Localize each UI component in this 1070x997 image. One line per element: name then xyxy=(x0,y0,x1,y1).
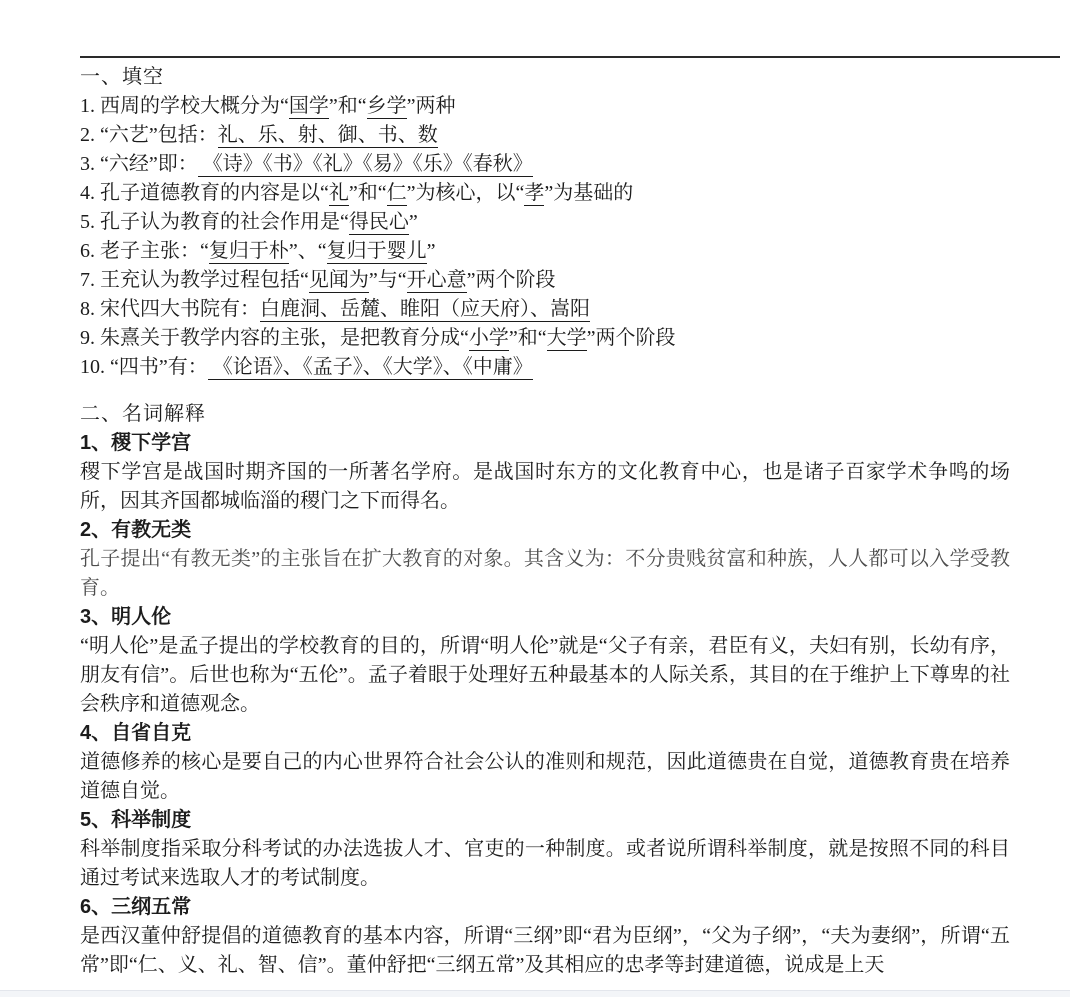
fill-item-8: 8. 宋代四大书院有：白鹿洞、岳麓、睢阳（应天府）、嵩阳 xyxy=(80,295,1010,324)
fill-item-7: 7. 王充认为教学过程包括“见闻为”与“开心意”两个阶段 xyxy=(80,266,1010,295)
answer-blank: 复归于朴 xyxy=(209,240,289,264)
term-entry-6: 6、三纲五常 是西汉董仲舒提倡的道德教育的基本内容，所谓“三纲”即“君为臣纲”，… xyxy=(80,893,1010,980)
fill-item-2: 2. “六艺”包括：礼、乐、射、御、书、数 xyxy=(80,121,1010,150)
fill-item-4: 4. 孔子道德教育的内容是以“礼”和“仁”为核心，以“孝”为基础的 xyxy=(80,179,1010,208)
answer-blank: 《论语》、《孟子》、《大学》、《中庸》 xyxy=(208,356,533,380)
section1-heading: 一、填空 xyxy=(80,63,1010,92)
text-run: ”为基础的 xyxy=(544,182,633,204)
text-run: 2. “六艺”包括： xyxy=(80,124,218,146)
text-run: ”与“ xyxy=(369,269,407,291)
term-title: 6、三纲五常 xyxy=(80,893,1010,922)
answer-blank: 乡学 xyxy=(367,95,407,119)
text-run: ”两个阶段 xyxy=(467,269,556,291)
document-content: 一、填空 1. 西周的学校大概分为“国学”和“乡学”两种 2. “六艺”包括：礼… xyxy=(80,63,1010,980)
text-run: 6. 老子主张：“ xyxy=(80,240,209,262)
term-body: 稷下学宫是战国时期齐国的一所著名学府。是战国时东方的文化教育中心，也是诸子百家学… xyxy=(80,458,1010,516)
term-entry-3: 3、明人伦 “明人伦”是孟子提出的学校教育的目的，所谓“明人伦”就是“父子有亲，… xyxy=(80,603,1010,719)
answer-blank: 仁 xyxy=(387,182,407,206)
fill-item-9: 9. 朱熹关于教学内容的主张，是把教育分成“小学”和“大学”两个阶段 xyxy=(80,324,1010,353)
term-body: 孔子提出“有教无类”的主张旨在扩大教育的对象。其含义为：不分贵贱贫富和种族，人人… xyxy=(80,545,1010,603)
term-title: 4、自省自克 xyxy=(80,719,1010,748)
term-entry-5: 5、科举制度 科举制度指采取分科考试的办法选拔人才、官吏的一种制度。或者说所谓科… xyxy=(80,806,1010,893)
section2: 二、名词解释 1、稷下学宫 稷下学宫是战国时期齐国的一所著名学府。是战国时东方的… xyxy=(80,400,1010,980)
term-entry-2: 2、有教无类 孔子提出“有教无类”的主张旨在扩大教育的对象。其含义为：不分贵贱贫… xyxy=(80,516,1010,603)
fill-item-5: 5. 孔子认为教育的社会作用是“得民心” xyxy=(80,208,1010,237)
fill-item-10: 10. “四书”有： 《论语》、《孟子》、《大学》、《中庸》 xyxy=(80,353,1010,382)
answer-blank: 见闻为 xyxy=(309,269,369,293)
term-body: “明人伦”是孟子提出的学校教育的目的，所谓“明人伦”就是“父子有亲，君臣有义，夫… xyxy=(80,632,1010,719)
text-run: ”和“ xyxy=(349,182,387,204)
answer-blank: 孝 xyxy=(524,182,544,206)
text-run: ”和“ xyxy=(509,327,547,349)
document-page: 一、填空 1. 西周的学校大概分为“国学”和“乡学”两种 2. “六艺”包括：礼… xyxy=(0,0,1070,997)
text-run: 10. “四书”有： xyxy=(80,356,208,378)
text-run: ”为核心，以“ xyxy=(407,182,525,204)
term-title: 5、科举制度 xyxy=(80,806,1010,835)
text-run: ”和“ xyxy=(329,95,367,117)
text-run: 9. 朱熹关于教学内容的主张，是把教育分成“ xyxy=(80,327,469,349)
text-run: ”两种 xyxy=(407,95,456,117)
text-run: ”两个阶段 xyxy=(587,327,676,349)
header-rule xyxy=(80,56,1060,58)
text-run: ” xyxy=(427,240,436,262)
answer-blank: 大学 xyxy=(547,327,587,351)
term-title: 1、稷下学宫 xyxy=(80,429,1010,458)
text-run: 1. 西周的学校大概分为“ xyxy=(80,95,289,117)
answer-blank: 得民心 xyxy=(349,211,409,235)
text-run: 8. 宋代四大书院有： xyxy=(80,298,260,320)
answer-blank: 小学 xyxy=(469,327,509,351)
text-run: ” xyxy=(409,211,418,233)
answer-blank: 《诗》《书》《礼》《易》《乐》《春秋》 xyxy=(198,153,533,177)
text-run: ”、“ xyxy=(289,240,327,262)
window-bottom-edge xyxy=(0,990,1070,997)
answer-blank: 礼 xyxy=(329,182,349,206)
text-run: 5. 孔子认为教育的社会作用是“ xyxy=(80,211,349,233)
fill-item-6: 6. 老子主张：“复归于朴”、“复归于婴儿” xyxy=(80,237,1010,266)
term-body: 是西汉董仲舒提倡的道德教育的基本内容，所谓“三纲”即“君为臣纲”，“父为子纲”，… xyxy=(80,922,1010,980)
fill-item-1: 1. 西周的学校大概分为“国学”和“乡学”两种 xyxy=(80,92,1010,121)
answer-blank: 国学 xyxy=(289,95,329,119)
answer-blank: 复归于婴儿 xyxy=(327,240,427,264)
term-title: 2、有教无类 xyxy=(80,516,1010,545)
section2-heading: 二、名词解释 xyxy=(80,400,1010,429)
answer-blank: 开心意 xyxy=(407,269,467,293)
answer-blank: 礼、乐、射、御、书、数 xyxy=(218,124,438,148)
term-body: 科举制度指采取分科考试的办法选拔人才、官吏的一种制度。或者说所谓科举制度，就是按… xyxy=(80,835,1010,893)
term-title: 3、明人伦 xyxy=(80,603,1010,632)
text-run: 3. “六经”即： xyxy=(80,153,198,175)
term-entry-4: 4、自省自克 道德修养的核心是要自己的内心世界符合社会公认的准则和规范，因此道德… xyxy=(80,719,1010,806)
term-entry-1: 1、稷下学宫 稷下学宫是战国时期齐国的一所著名学府。是战国时东方的文化教育中心，… xyxy=(80,429,1010,516)
term-body: 道德修养的核心是要自己的内心世界符合社会公认的准则和规范，因此道德贵在自觉，道德… xyxy=(80,748,1010,806)
text-run: 7. 王充认为教学过程包括“ xyxy=(80,269,309,291)
answer-blank: 白鹿洞、岳麓、睢阳（应天府）、嵩阳 xyxy=(260,298,590,322)
fill-item-3: 3. “六经”即： 《诗》《书》《礼》《易》《乐》《春秋》 xyxy=(80,150,1010,179)
text-run: 4. 孔子道德教育的内容是以“ xyxy=(80,182,329,204)
